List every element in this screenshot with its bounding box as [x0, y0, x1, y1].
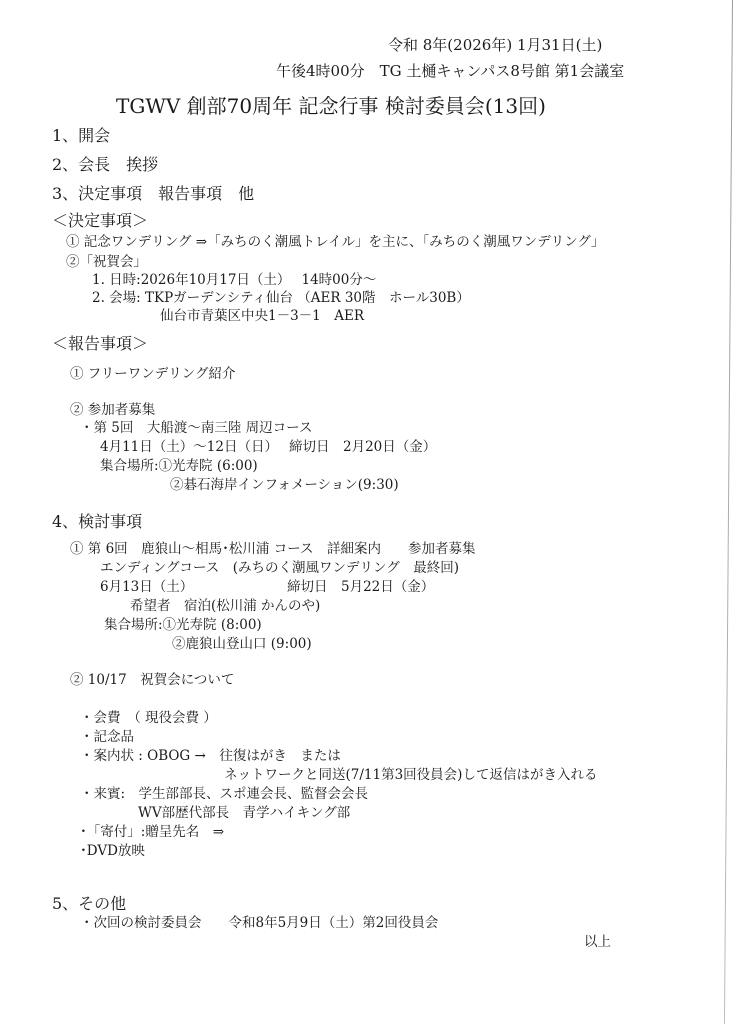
decision-2-venue: 2. 会場: TKPガーデンシティ仙台 （AER 30階 ホール30B）: [92, 292, 470, 306]
review-1: ① 第 6回 鹿狼山～相馬･松川浦 コース 詳細案内 参加者募集: [70, 543, 476, 557]
report-1: ① フリーワンデリング紹介: [70, 368, 235, 382]
other-1: ・次回の検討委員会 令和8年5月9日（土）第2回役員会: [80, 917, 438, 931]
decision-2-address: 仙台市青葉区中央1－3－1 AER: [160, 310, 364, 324]
decision-2-datetime: 1. 日時:2026年10月17日（土） 14時00分～: [92, 274, 376, 288]
decision-1: ① 記念ワンデリング ⇒「みちのく潮風トレイル」を主に、「みちのく潮風ワンデリン…: [66, 236, 604, 250]
closing-mark: 以上: [584, 936, 611, 950]
review-1-deadline: 締切日 5月22日（金）: [287, 581, 434, 595]
agenda-item-3: 3、決定事項 報告事項 他: [52, 186, 254, 202]
report-2-meeting-point-1: 集合場所:①光寿院 (6:00): [100, 460, 258, 474]
review-2-donation: ･「寄付」:贈呈先名 ⇒: [80, 826, 224, 840]
report-2-meeting-point-2: ②碁石海岸インフォメーション(9:30): [170, 479, 399, 493]
other-heading: 5、その他: [52, 896, 126, 912]
scan-border-line: [724, 0, 733, 1024]
review-1-date: 6月13日（土）: [100, 581, 193, 595]
reports-heading: ＜報告事項＞: [52, 336, 148, 352]
page-title: TGWV 創部70周年 記念行事 検討委員会(13回): [116, 96, 546, 116]
review-1-subtitle: エンディングコース (みちのく潮風ワンデリング 最終回): [100, 562, 459, 576]
review-2-invitation-cont: ネットワークと同送(7/11第3回役員会)して返信はがき入れる: [224, 769, 597, 783]
review-2: ② 10/17 祝賀会について: [70, 674, 234, 688]
report-2-dates: 4月11日（土）～12日（日） 締切日 2月20日（金）: [100, 441, 436, 455]
report-2-course: ・第 5回 大船渡～南三陸 周辺コース: [80, 422, 313, 436]
decision-2: ②「祝賀会」: [66, 256, 147, 270]
agenda-item-1: 1、開会: [52, 128, 110, 144]
meeting-date: 令和 8年(2026年) 1月31日(土): [388, 38, 602, 53]
report-2: ② 参加者募集: [70, 404, 155, 418]
review-1-meeting-point-1: 集合場所:①光寿院 (8:00): [104, 619, 262, 633]
agenda-item-2: 2、会長 挨拶: [52, 157, 158, 173]
review-1-meeting-point-2: ②鹿狼山登山口 (9:00): [172, 638, 312, 652]
review-1-stay: 希望者 宿泊(松川浦 かんのや): [130, 600, 320, 614]
review-2-dvd: ･DVD放映: [80, 845, 145, 859]
review-2-fee: ・会費 （ 現役会費 ）: [80, 712, 217, 726]
review-2-invitation: ・案内状 : OBOG → 往復はがき または: [80, 750, 341, 764]
review-2-guests: ・来賓: 学生部部長、スポ連会長、監督会会長: [80, 788, 368, 802]
decisions-heading: ＜決定事項＞: [52, 213, 148, 229]
review-2-gift: ・記念品: [80, 731, 134, 745]
review-heading: 4、検討事項: [52, 514, 142, 530]
meeting-time-place: 午後4時00分 TG 土樋キャンパス8号館 第1会議室: [276, 64, 624, 79]
review-2-guests-cont: WV部歴代部長 青学ハイキング部: [138, 807, 350, 821]
